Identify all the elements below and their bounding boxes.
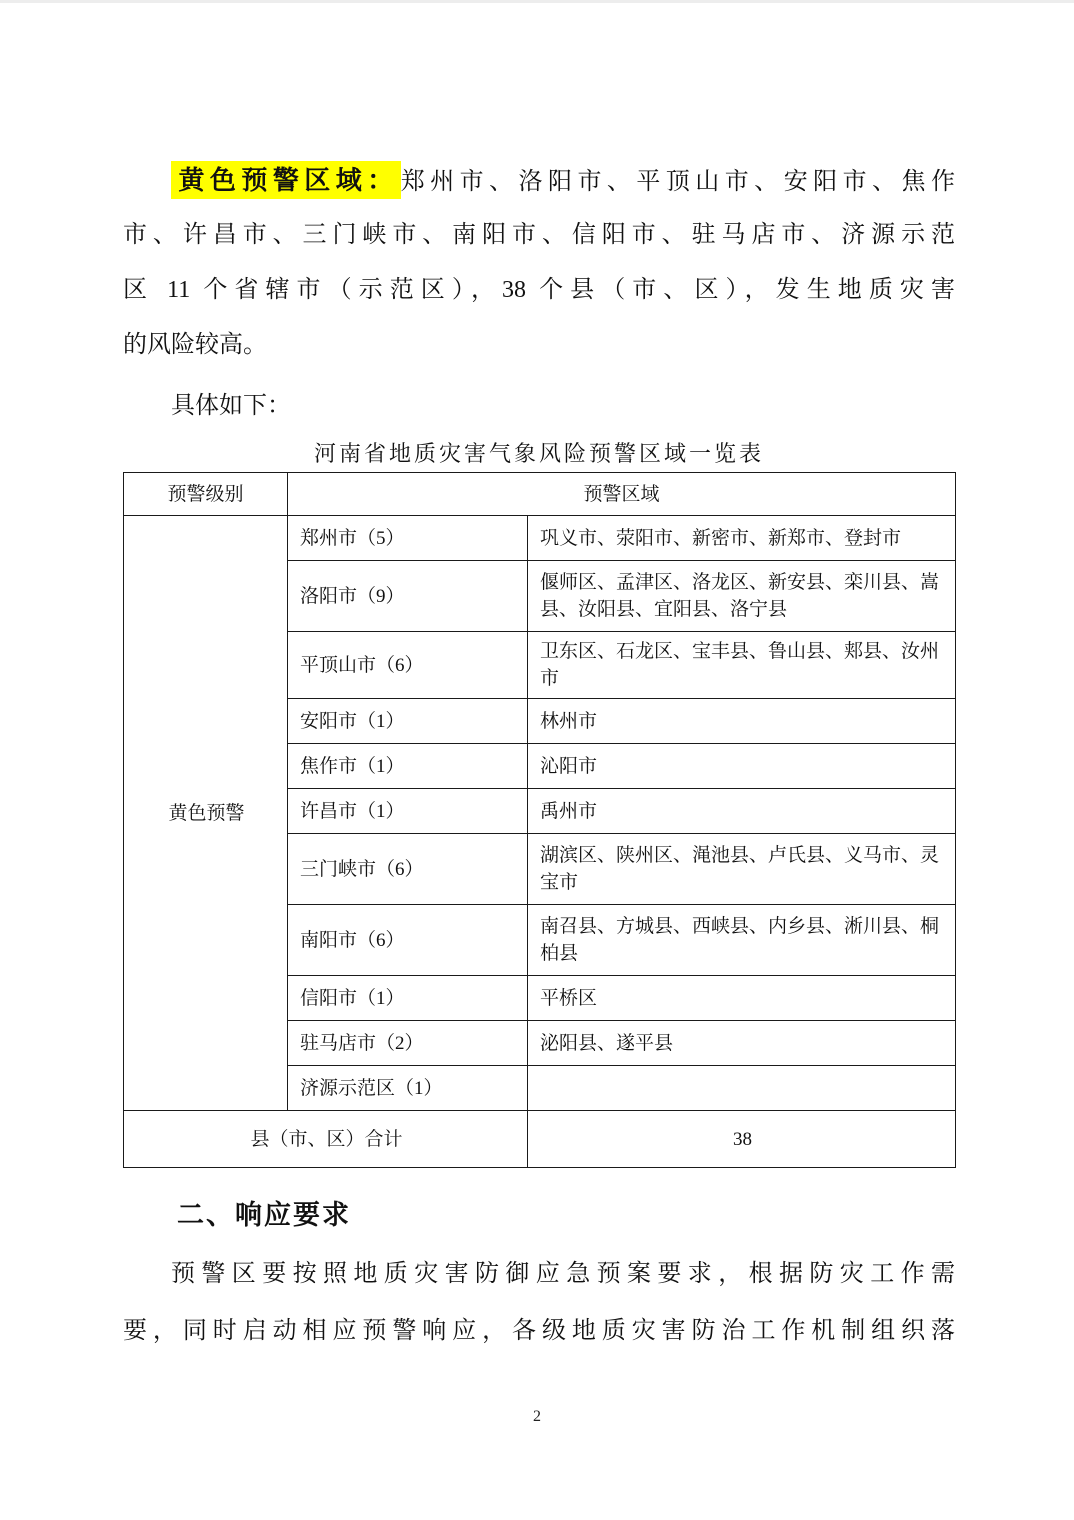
yellow-warning-highlight-label: 黄色预警区域： bbox=[171, 161, 401, 199]
table-title: 河南省地质灾害气象风险预警区域一览表 bbox=[123, 436, 955, 472]
header-warning-region: 预警区域 bbox=[288, 473, 956, 516]
followup-paragraph: 具体如下： bbox=[123, 379, 955, 434]
intro-line-3: 区 11 个省辖市（示范区），38 个县（市、区），发生地质灾害 bbox=[123, 263, 955, 318]
table-row: 黄色预警 郑州市（5） 巩义市、荥阳市、新密市、新郑市、登封市 bbox=[124, 516, 956, 561]
header-warning-level: 预警级别 bbox=[124, 473, 288, 516]
intro-paragraph: 黄色预警区域：郑州市、洛阳市、平顶山市、安阳市、焦作 市、许昌市、三门峡市、南阳… bbox=[123, 3, 955, 373]
counties-cell: 平桥区 bbox=[528, 976, 956, 1021]
total-label-cell: 县（市、区）合计 bbox=[124, 1111, 528, 1168]
counties-cell: 湖滨区、陕州区、渑池县、卢氏县、义马市、灵宝市 bbox=[528, 834, 956, 905]
page-number: 2 bbox=[0, 1408, 1074, 1426]
response-line-1: 预警区要按照地质灾害防御应急预案要求，根据防灾工作需 bbox=[123, 1246, 955, 1303]
city-cell: 焦作市（1） bbox=[288, 744, 528, 789]
total-value-cell: 38 bbox=[528, 1111, 956, 1168]
city-cell: 郑州市（5） bbox=[288, 516, 528, 561]
counties-cell: 偃师区、孟津区、洛龙区、新安县、栾川县、嵩县、汝阳县、宜阳县、洛宁县 bbox=[528, 561, 956, 632]
counties-cell: 卫东区、石龙区、宝丰县、鲁山县、郏县、汝州市 bbox=[528, 632, 956, 699]
followup-text: 具体如下： bbox=[123, 379, 955, 434]
city-cell: 济源示范区（1） bbox=[288, 1066, 528, 1111]
counties-cell: 沁阳市 bbox=[528, 744, 956, 789]
city-cell: 平顶山市（6） bbox=[288, 632, 528, 699]
warning-region-table: 预警级别 预警区域 黄色预警 郑州市（5） 巩义市、荥阳市、新密市、新郑市、登封… bbox=[123, 472, 956, 1168]
counties-cell: 巩义市、荥阳市、新密市、新郑市、登封市 bbox=[528, 516, 956, 561]
document-page: 黄色预警区域：郑州市、洛阳市、平顶山市、安阳市、焦作 市、许昌市、三门峡市、南阳… bbox=[0, 0, 1074, 1520]
intro-line-1: 黄色预警区域：郑州市、洛阳市、平顶山市、安阳市、焦作 bbox=[123, 153, 955, 208]
section-heading: 二、响应要求 bbox=[123, 1194, 955, 1236]
table-total-row: 县（市、区）合计 38 bbox=[124, 1111, 956, 1168]
warning-level-cell: 黄色预警 bbox=[124, 516, 288, 1111]
city-cell: 洛阳市（9） bbox=[288, 561, 528, 632]
table-header-row: 预警级别 预警区域 bbox=[124, 473, 956, 516]
page-content: 黄色预警区域：郑州市、洛阳市、平顶山市、安阳市、焦作 市、许昌市、三门峡市、南阳… bbox=[123, 3, 955, 1360]
counties-cell: 林州市 bbox=[528, 699, 956, 744]
intro-line-1-text: 郑州市、洛阳市、平顶山市、安阳市、焦作 bbox=[401, 169, 955, 195]
city-cell: 信阳市（1） bbox=[288, 976, 528, 1021]
city-cell: 安阳市（1） bbox=[288, 699, 528, 744]
counties-cell: 南召县、方城县、西峡县、内乡县、淅川县、桐柏县 bbox=[528, 905, 956, 976]
city-cell: 许昌市（1） bbox=[288, 789, 528, 834]
city-cell: 三门峡市（6） bbox=[288, 834, 528, 905]
intro-line-4: 的风险较高。 bbox=[123, 318, 955, 373]
counties-cell bbox=[528, 1066, 956, 1111]
city-cell: 驻马店市（2） bbox=[288, 1021, 528, 1066]
response-paragraph: 预警区要按照地质灾害防御应急预案要求，根据防灾工作需 要，同时启动相应预警响应，… bbox=[123, 1246, 955, 1360]
city-cell: 南阳市（6） bbox=[288, 905, 528, 976]
counties-cell: 泌阳县、遂平县 bbox=[528, 1021, 956, 1066]
counties-cell: 禹州市 bbox=[528, 789, 956, 834]
intro-line-2: 市、许昌市、三门峡市、南阳市、信阳市、驻马店市、济源示范 bbox=[123, 208, 955, 263]
response-line-2: 要，同时启动相应预警响应，各级地质灾害防治工作机制组织落 bbox=[123, 1303, 955, 1360]
